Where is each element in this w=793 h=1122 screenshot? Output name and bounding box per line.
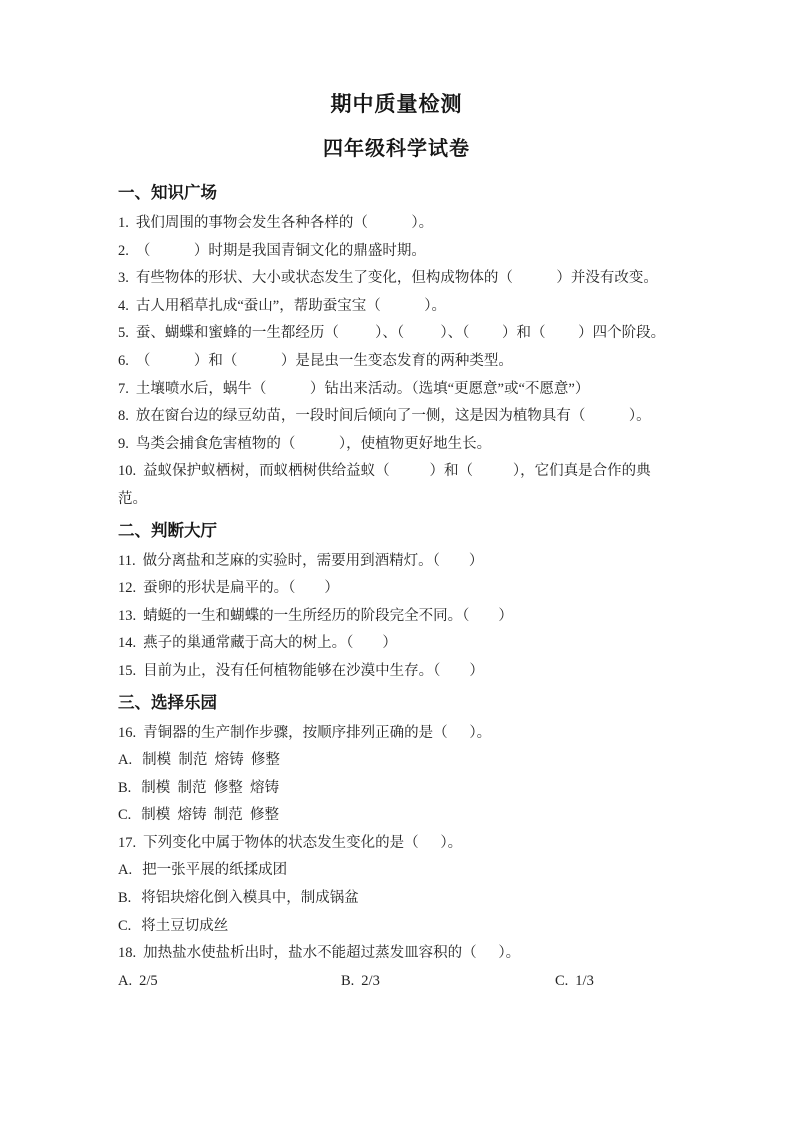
question-number: 9. <box>118 436 129 452</box>
option-label: B. <box>341 973 354 989</box>
question-text: 蜻蜓的一生和蝴蝶的一生所经历的阶段完全不同。（ ） <box>143 608 513 624</box>
question-number: 3. <box>118 270 129 286</box>
question-line-18: 18.加热盐水使盐析出时，盐水不能超过蒸发皿容积的（ ）。 <box>118 940 675 968</box>
option-label: C. <box>118 918 131 934</box>
option-text: 2/5 <box>139 973 158 989</box>
question-number: 5. <box>118 325 129 341</box>
option-text: 将铝块熔化倒入模具中，制成锅盆 <box>141 890 359 906</box>
question-line-11: 11.做分离盐和芝麻的实验时，需要用到酒精灯。（ ） <box>118 548 675 576</box>
question-text: 有些物体的形状、大小或状态发生了变化，但构成物体的（ ）并没有改变。 <box>136 270 658 286</box>
question-text: 加热盐水使盐析出时，盐水不能超过蒸发皿容积的（ ）。 <box>143 945 520 961</box>
question-number: 8. <box>118 408 129 424</box>
question-line-6: 6.（ ）和（ ）是昆虫一生变态发育的两种类型。 <box>118 348 675 376</box>
option-cell-b: B.2/3 <box>341 968 555 996</box>
question-number: 4. <box>118 298 129 314</box>
section-heading-3: 三、选择乐园 <box>118 688 675 718</box>
option-line-a: A.制模 制范 熔铸 修整 <box>118 747 675 775</box>
option-label: C. <box>555 973 568 989</box>
question-number: 6. <box>118 353 129 369</box>
question-text: （ ）时期是我国青铜文化的鼎盛时期。 <box>136 243 426 259</box>
question-text: 青铜器的生产制作步骤，按顺序排列正确的是（ ）。 <box>143 725 491 741</box>
exam-title: 期中质量检测 <box>118 90 675 120</box>
option-line-c: C.将土豆切成丝 <box>118 913 675 941</box>
question-text: （ ）和（ ）是昆虫一生变态发育的两种类型。 <box>136 353 513 369</box>
option-text: 制模 制范 熔铸 修整 <box>142 752 280 768</box>
question-text: 做分离盐和芝麻的实验时，需要用到酒精灯。（ ） <box>143 553 484 569</box>
question-text: 鸟类会捕食危害植物的（ ），使植物更好地生长。 <box>136 436 491 452</box>
option-line-b: B.将铝块熔化倒入模具中，制成锅盆 <box>118 885 675 913</box>
sections-container: 一、知识广场1.我们周围的事物会发生各种各样的（ ）。2.（ ）时期是我国青铜文… <box>118 178 675 995</box>
option-text: 1/3 <box>575 973 594 989</box>
option-text: 将土豆切成丝 <box>141 918 228 934</box>
question-text: 下列变化中属于物体的状态发生变化的是（ ）。 <box>143 835 462 851</box>
option-text: 把一张平展的纸揉成团 <box>142 862 287 878</box>
question-number: 11. <box>118 553 136 569</box>
question-number: 10. <box>118 463 136 479</box>
question-number: 13. <box>118 608 136 624</box>
section-heading-1: 一、知识广场 <box>118 178 675 208</box>
option-label: B. <box>118 780 131 796</box>
option-line-a: A.把一张平展的纸揉成团 <box>118 857 675 885</box>
question-text: 我们周围的事物会发生各种各样的（ ）。 <box>136 215 433 231</box>
question-line-1: 1.我们周围的事物会发生各种各样的（ ）。 <box>118 210 675 238</box>
question-line-15: 15.目前为止，没有任何植物能够在沙漠中生存。（ ） <box>118 658 675 686</box>
question-text: 蚕、蝴蝶和蜜蜂的一生都经历（ ）、（ ）、（ ）和（ ）四个阶段。 <box>136 325 665 341</box>
question-number: 1. <box>118 215 129 231</box>
question-text: 燕子的巢通常藏于高大的树上。（ ） <box>143 635 397 651</box>
question-text: 土壤喷水后，蜗牛（ ）钻出来活动。（选填“更愿意”或“不愿意”） <box>136 381 590 397</box>
question-line-3: 3.有些物体的形状、大小或状态发生了变化，但构成物体的（ ）并没有改变。 <box>118 265 675 293</box>
question-number: 16. <box>118 725 136 741</box>
option-cell-c: C.1/3 <box>555 968 594 996</box>
exam-subtitle: 四年级科学试卷 <box>118 134 675 164</box>
option-row: A.2/5B.2/3C.1/3 <box>118 968 675 996</box>
question-line-16: 16.青铜器的生产制作步骤，按顺序排列正确的是（ ）。 <box>118 720 675 748</box>
option-text: 制模 制范 修整 熔铸 <box>141 780 279 796</box>
option-line-c: C.制模 熔铸 制范 修整 <box>118 802 675 830</box>
question-line-14: 14.燕子的巢通常藏于高大的树上。（ ） <box>118 630 675 658</box>
option-line-b: B.制模 制范 修整 熔铸 <box>118 775 675 803</box>
question-line-13: 13.蜻蜓的一生和蝴蝶的一生所经历的阶段完全不同。（ ） <box>118 603 675 631</box>
question-number: 2. <box>118 243 129 259</box>
question-line-5: 5.蚕、蝴蝶和蜜蜂的一生都经历（ ）、（ ）、（ ）和（ ）四个阶段。 <box>118 320 675 348</box>
question-text: 目前为止，没有任何植物能够在沙漠中生存。（ ） <box>143 663 484 679</box>
option-label: A. <box>118 973 132 989</box>
question-number: 14. <box>118 635 136 651</box>
question-text: 放在窗台边的绿豆幼苗，一段时间后倾向了一侧，这是因为植物具有（ ）。 <box>136 408 651 424</box>
option-label: C. <box>118 807 131 823</box>
question-text: 蚕卵的形状是扁平的。（ ） <box>143 580 339 596</box>
question-number: 15. <box>118 663 136 679</box>
option-text: 2/3 <box>361 973 380 989</box>
question-number: 12. <box>118 580 136 596</box>
option-label: B. <box>118 890 131 906</box>
question-line-17: 17.下列变化中属于物体的状态发生变化的是（ ）。 <box>118 830 675 858</box>
question-number: 7. <box>118 381 129 397</box>
question-line-10: 10.益蚁保护蚁栖树，而蚁栖树供给益蚁（ ）和（ ），它们真是合作的典范。 <box>118 458 675 513</box>
question-line-4: 4.古人用稻草扎成“蚕山”，帮助蚕宝宝（ ）。 <box>118 293 675 321</box>
question-line-12: 12.蚕卵的形状是扁平的。（ ） <box>118 575 675 603</box>
option-label: A. <box>118 862 132 878</box>
question-line-9: 9.鸟类会捕食危害植物的（ ），使植物更好地生长。 <box>118 431 675 459</box>
question-line-7: 7.土壤喷水后，蜗牛（ ）钻出来活动。（选填“更愿意”或“不愿意”） <box>118 376 675 404</box>
option-text: 制模 熔铸 制范 修整 <box>141 807 279 823</box>
option-cell-a: A.2/5 <box>118 968 341 996</box>
exam-paper: 期中质量检测 四年级科学试卷 一、知识广场1.我们周围的事物会发生各种各样的（ … <box>0 0 793 1122</box>
question-text: 古人用稻草扎成“蚕山”，帮助蚕宝宝（ ）。 <box>136 298 446 314</box>
section-heading-2: 二、判断大厅 <box>118 516 675 546</box>
question-line-2: 2.（ ）时期是我国青铜文化的鼎盛时期。 <box>118 238 675 266</box>
question-number: 17. <box>118 835 136 851</box>
question-number: 18. <box>118 945 136 961</box>
question-text: 益蚁保护蚁栖树，而蚁栖树供给益蚁（ ）和（ ），它们真是合作的典范。 <box>118 463 651 507</box>
option-label: A. <box>118 752 132 768</box>
question-line-8: 8.放在窗台边的绿豆幼苗，一段时间后倾向了一侧，这是因为植物具有（ ）。 <box>118 403 675 431</box>
